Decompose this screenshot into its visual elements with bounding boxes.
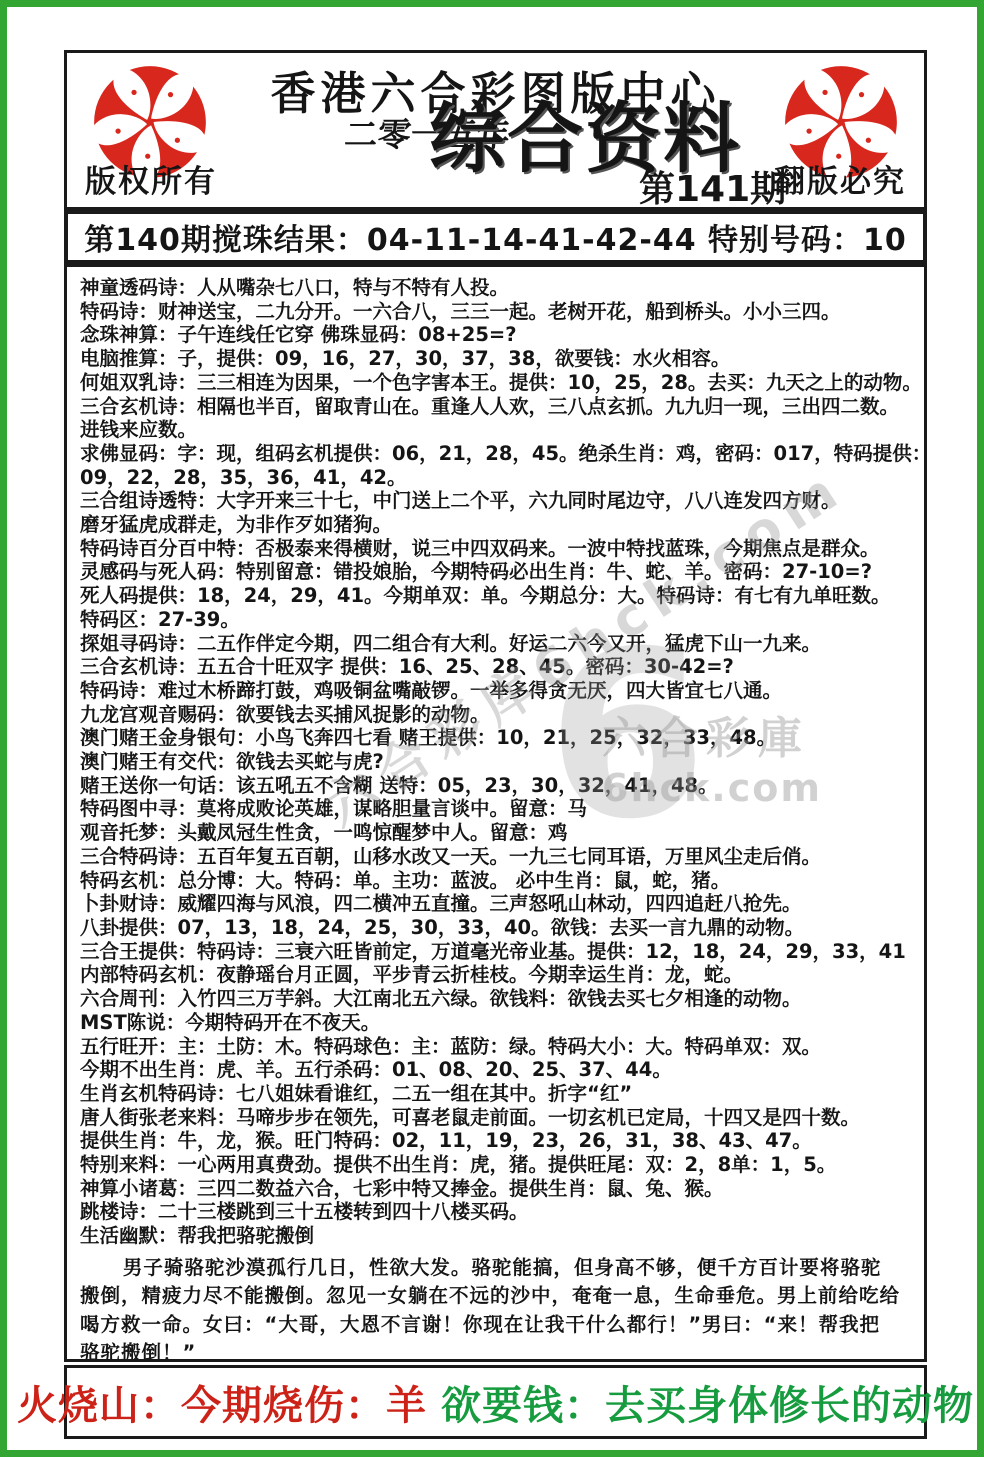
lottery-tip-sheet: 香港六合彩图版中心 二零一五年 综合资料 第141期 版权所有 翻版必究 第14…: [0, 0, 984, 1457]
tip-line: 何姐双乳诗：三三相连为因果，一个色字害本王。提供：10，25，28。去买：九天之…: [80, 371, 914, 395]
tip-line: 神童透码诗：人从嘴杂七八口，特与不特有人投。: [80, 276, 914, 300]
tip-line: 卜卦财诗：威耀四海与风浪，四二横冲五直撞。三声怒吼山林动，四四追赶八抢先。: [80, 892, 914, 916]
tip-line: 生肖玄机特码诗：七八姐妹看谁红，二五一组在其中。折字“红”: [80, 1082, 914, 1106]
tip-line: 特码玄机：总分博：大。特码：单。主功：蓝波。 必中生肖：鼠，蛇，猪。: [80, 869, 914, 893]
tip-line: 进钱来应数。: [80, 418, 914, 442]
tip-line: 电脑推算：子，提供：09，16，27，30，37，38，欲要钱：水火相容。: [80, 347, 914, 371]
tip-line: 三合玄机诗：相隔也半百，留取青山在。重逢人人欢，三八点玄抓。九九归一现，三出四二…: [80, 395, 914, 419]
tip-line: 死人码提供：18，24，29，41。今期单双：单。今期总分：大。特码诗：有七有九…: [80, 584, 914, 608]
footer-red-text: 火烧山：今期烧伤：羊: [17, 1374, 427, 1431]
issue-number: 第141期: [639, 161, 786, 212]
tip-line: 特码区：27-39。: [80, 608, 914, 632]
tip-line: 特码诗：难过木桥蹄打鼓，鸡吸铜盆嘴敲锣。一举多得贪无厌，四大皆宜七八通。: [80, 679, 914, 703]
tip-line: 磨牙猛虎成群走，为非作歹如猪狗。: [80, 513, 914, 537]
tip-line: 特码图中寻：莫将成败论英雄，谋略胆量言谈中。留意：马: [80, 797, 914, 821]
tip-line: 九龙宫观音赐码：欲要钱去买捕风捉影的动物。: [80, 703, 914, 727]
anti-piracy-stamp: 翻版必究: [774, 156, 906, 201]
tip-line: 特码诗：财神送宝，二九分开。一六合八，三三一起。老树开花，船到桥头。小小三四。: [80, 300, 914, 324]
tip-line: 澳门赌王金身银句：小鸟飞奔四七看 赌王提供：10，21，25，32，33，48。: [80, 726, 914, 750]
tip-line: 六合周刊：入竹四三万芋斜。大江南北五六绿。欲钱料：欲钱去买七夕相逢的动物。: [80, 987, 914, 1011]
draw-result-text: 第140期搅珠结果：04-11-14-41-42-44 特别号码：10: [84, 215, 907, 259]
tip-line: 三合组诗透特：大字开来三十七，中门送上二个平，六九同时尾边守，八八连发四方财。: [80, 489, 914, 513]
tip-line: 赌王送你一句话：该五吼五不含糊 送特：05，23，30，32，41，48。: [80, 774, 914, 798]
tip-line: 提供生肖：牛，龙，猴。旺门特码：02，11，19，23，26，31，38、43、…: [80, 1129, 914, 1153]
tip-line: 三合玄机诗：五五合十旺双字 提供：16、25、28、45。密码：30-42=?: [80, 655, 914, 679]
tip-line: 特别来料：一心两用真费劲。提供不出生肖：虎，猪。提供旺尾：双：2，8单：1，5。: [80, 1153, 914, 1177]
humor-line: 骆驼搬倒！”: [80, 1339, 914, 1362]
tip-line: 三合王提供：特码诗：三衰六旺皆前定，万道毫光帝业基。提供：12，18，24，29…: [80, 940, 914, 964]
humor-line: 喝方救一命。女曰：“大哥，大恩不言谢！你现在让我干什么都行！”男曰：“来！帮我把: [80, 1311, 914, 1340]
header: 香港六合彩图版中心 二零一五年 综合资料 第141期 版权所有 翻版必究: [64, 50, 927, 210]
tips-body: 神童透码诗：人从嘴杂七八口，特与不特有人投。特码诗：财神送宝，二九分开。一六合八…: [64, 264, 927, 1362]
tip-line: 念珠神算：子午连线任它穿 佛珠显码：08+25=?: [80, 323, 914, 347]
humor-line: 搬倒，精疲力尽不能搬倒。忽见一女躺在不远的沙中，奄奄一息，生命垂危。男上前给吃给: [80, 1282, 914, 1311]
copyright-stamp: 版权所有: [85, 156, 217, 201]
tip-line: 灵感码与死人码：特别留意：错投娘胎，今期特码必出生肖：牛、蛇、羊。密码：27-1…: [80, 560, 914, 584]
tip-line: MST陈说：今期特码开在不夜天。: [80, 1011, 914, 1035]
footer-tip-box: 火烧山：今期烧伤：羊 欲要钱：去买身体修长的动物: [64, 1365, 927, 1439]
tip-line: 跳楼诗：二十三楼跳到三十五楼转到四十八楼买码。: [80, 1200, 914, 1224]
tip-line: 澳门赌王有交代：欲钱去买蛇与虎?: [80, 750, 914, 774]
tip-line: 三合特码诗：五百年复五百朝，山移水改又一天。一九三七同耳语，万里风尘走后俏。: [80, 845, 914, 869]
tip-lines: 神童透码诗：人从嘴杂七八口，特与不特有人投。特码诗：财神送宝，二九分开。一六合八…: [80, 276, 914, 1248]
draw-result-box: 第140期搅珠结果：04-11-14-41-42-44 特别号码：10: [64, 210, 927, 264]
tip-line: 五行旺开：主：土防：木。特码球色：主：蓝防：绿。特码大小：大。特码单双：双。: [80, 1035, 914, 1059]
tip-line: 观音托梦：头戴凤冠生性贪，一鸣惊醒梦中人。留意：鸡: [80, 821, 914, 845]
tip-line: 探姐寻码诗：二五作伴定今期，四二组合有大利。好运二六今又开，猛虎下山一九来。: [80, 632, 914, 656]
tip-line: 八卦提供：07，13，18，24，25，30，33，40。欲钱：去买一言九鼎的动…: [80, 916, 914, 940]
humor-line: 男子骑骆驼沙漠孤行几日，性欲大发。骆驼能搞，但身高不够，便千方百计要将骆驼: [80, 1254, 914, 1283]
tip-line: 内部特码玄机：夜静瑶台月正圆，平步青云折桂枝。今期幸运生肖：龙，蛇。: [80, 963, 914, 987]
tip-line: 今期不出生肖：虎、羊。五行杀码：01、08、20、25、37、44。: [80, 1058, 914, 1082]
humor-paragraph: 男子骑骆驼沙漠孤行几日，性欲大发。骆驼能搞，但身高不够，便千方百计要将骆驼搬倒，…: [80, 1254, 914, 1362]
tip-line: 特码诗百分百中特：否极泰来得横财，说三中四双码来。一波中特找蓝珠，今期焦点是群众…: [80, 537, 914, 561]
tip-line: 神算小诸葛：三四二数益六合，七彩中特又捧金。提供生肖：鼠、兔、猴。: [80, 1177, 914, 1201]
tip-line: 生活幽默：帮我把骆驼搬倒: [80, 1224, 914, 1248]
footer-green-text: 欲要钱：去买身体修长的动物: [441, 1374, 974, 1431]
tip-line: 09，22，28，35，36，41，42。: [80, 466, 914, 490]
tip-line: 唐人街张老来料：马啼步步在领先，可喜老鼠走前面。一切玄机已定局，十四又是四十数。: [80, 1106, 914, 1130]
tip-line: 求佛显码：字：现，组码玄机提供：06，21，28，45。绝杀生肖：鸡，密码：01…: [80, 442, 914, 466]
